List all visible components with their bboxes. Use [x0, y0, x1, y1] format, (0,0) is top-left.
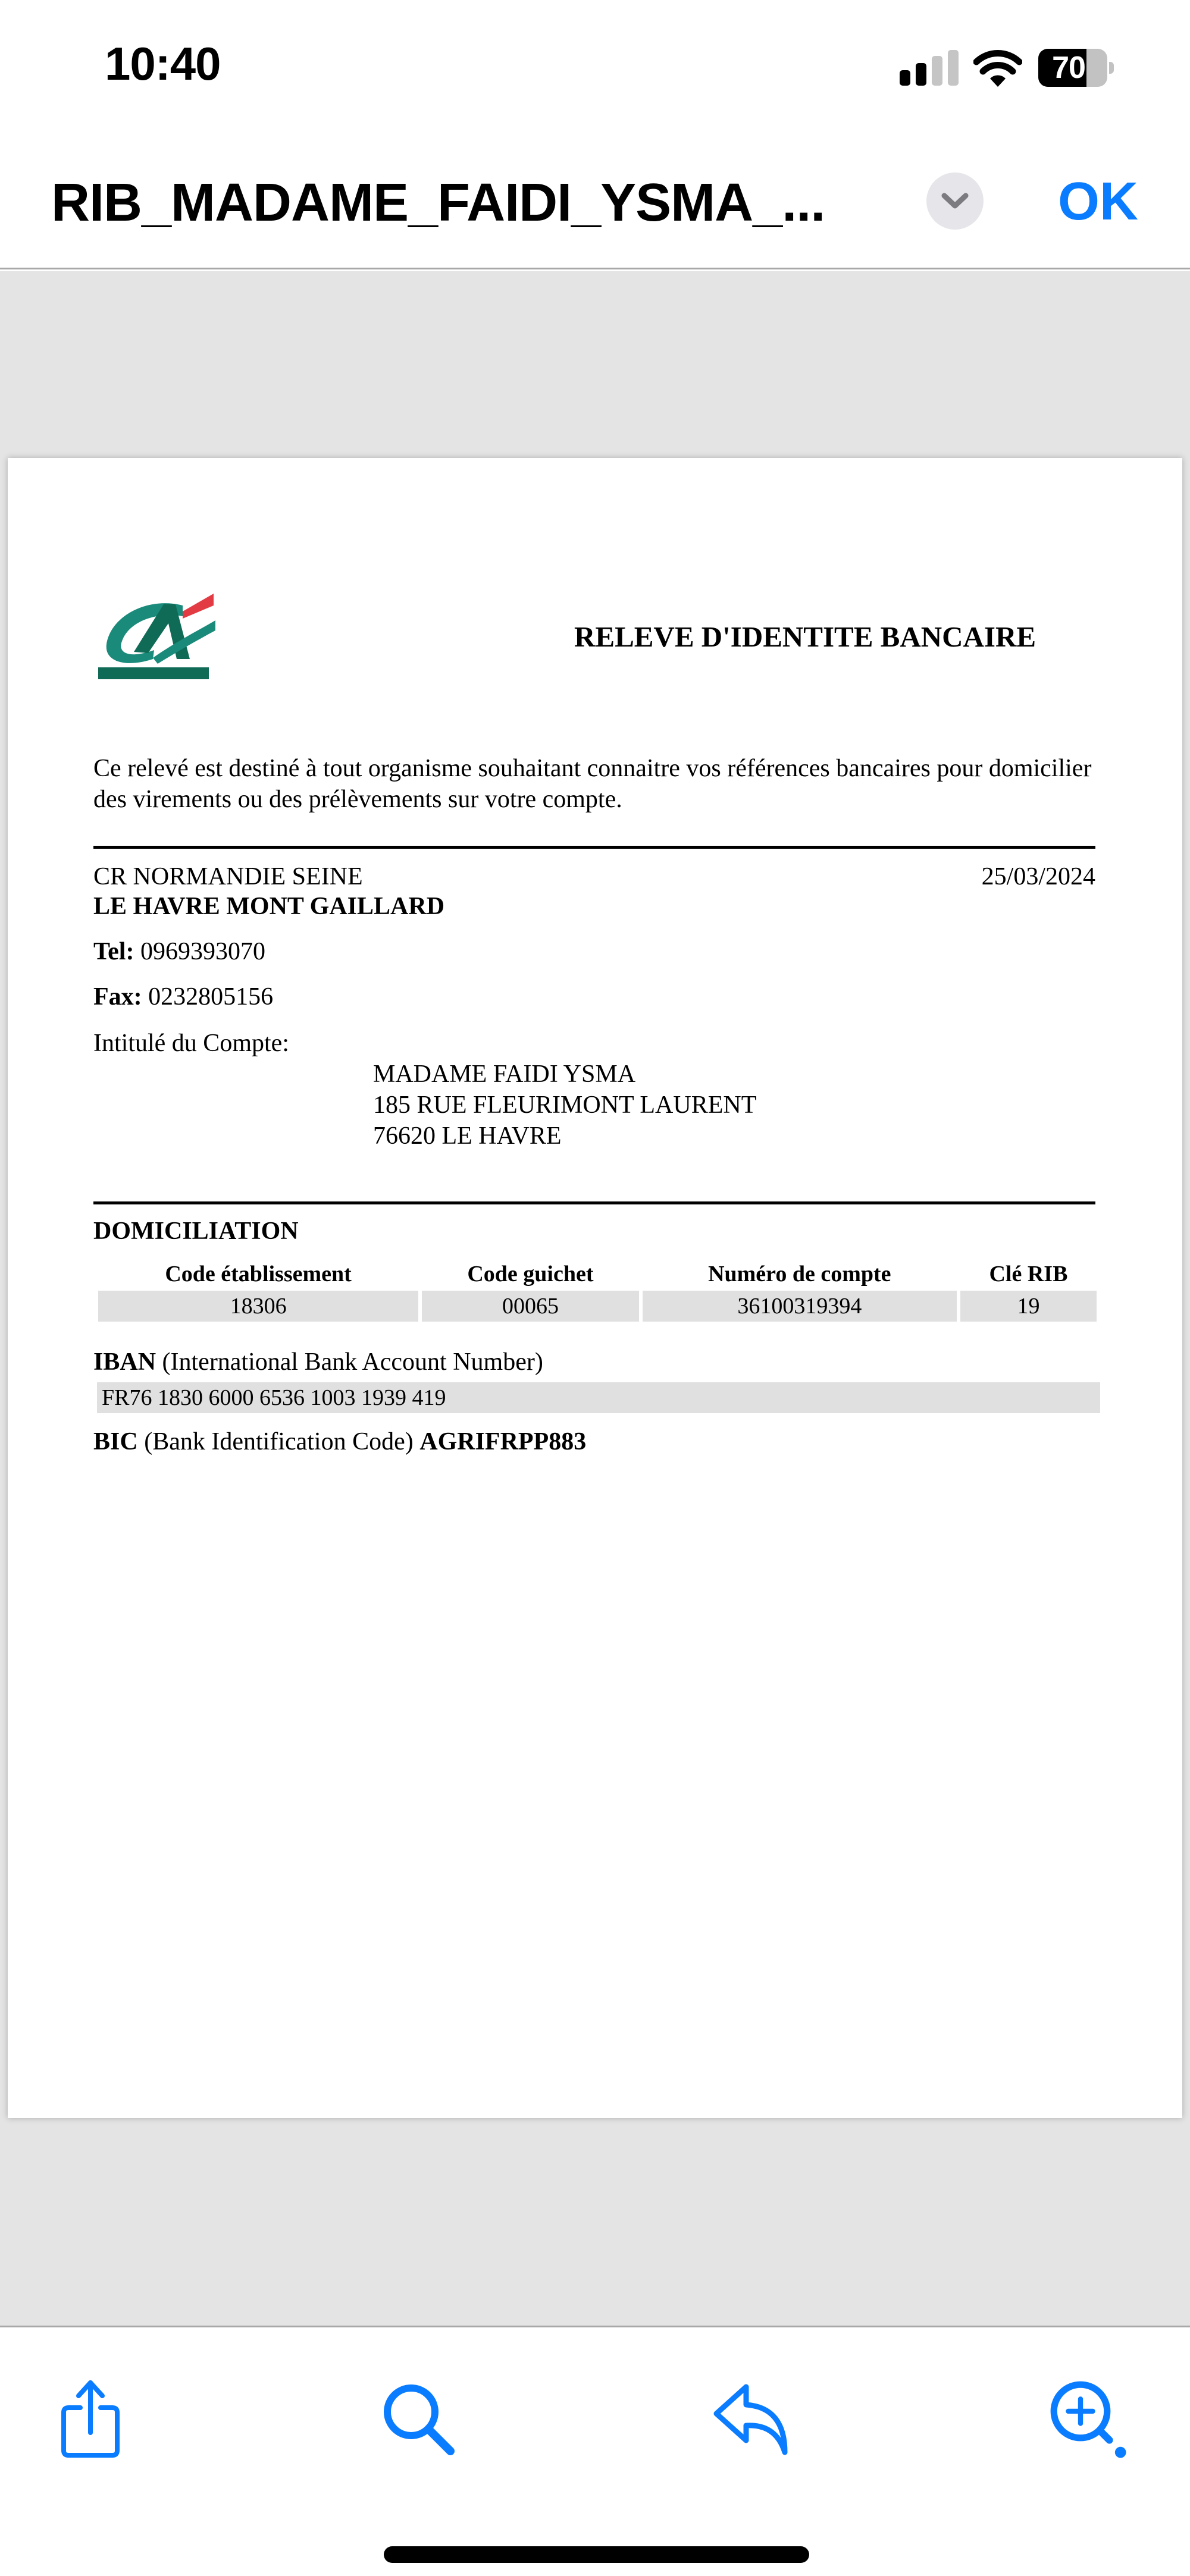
credit-agricole-logo: [93, 594, 218, 683]
bank-tel: Tel: 0969393070: [93, 937, 265, 966]
zoom-in-markup-icon: [1047, 2375, 1130, 2464]
home-indicator[interactable]: [384, 2546, 809, 2563]
account-holder-label: Intitulé du Compte:: [93, 1029, 289, 1058]
document-viewer[interactable]: RELEVE D'IDENTITE BANCAIRE Ce relevé est…: [0, 271, 1190, 2326]
ok-button[interactable]: OK: [1058, 171, 1138, 233]
column-header: Code guichet: [422, 1261, 639, 1291]
column-header: Code établissement: [98, 1261, 418, 1291]
account-holder-address-1: 185 RUE FLEURIMONT LAURENT: [373, 1091, 756, 1119]
battery-level: 70: [1038, 49, 1107, 87]
search-icon: [380, 2381, 458, 2458]
document-header: RIB_MADAME_FAIDI_YSMA_... OK: [0, 137, 1190, 269]
wifi-icon: [973, 48, 1022, 87]
share-button[interactable]: [49, 2375, 132, 2464]
share-icon: [58, 2378, 123, 2461]
rib-table: Code établissement Code guichet Numéro d…: [95, 1261, 1100, 1322]
bank-agence: LE HAVRE MONT GAILLARD: [93, 892, 444, 921]
bic-line: BIC (Bank Identification Code) AGRIFRPP8…: [93, 1427, 586, 1456]
reply-button[interactable]: [710, 2375, 794, 2464]
document-heading: RELEVE D'IDENTITE BANCAIRE: [574, 620, 1036, 654]
code-etablissement: 18306: [98, 1291, 418, 1322]
column-header: Clé RIB: [960, 1261, 1097, 1291]
search-button[interactable]: [377, 2375, 461, 2464]
divider: [93, 1201, 1095, 1204]
reply-icon: [710, 2381, 794, 2458]
iban-value: FR76 1830 6000 6536 1003 1939 419: [97, 1382, 1100, 1413]
document-date: 25/03/2024: [982, 862, 1095, 891]
bic-value: AGRIFRPP883: [419, 1428, 586, 1455]
status-bar: 10:40 70: [0, 0, 1190, 137]
bank-fax: Fax: 0232805156: [93, 983, 273, 1011]
bottom-toolbar: [0, 2326, 1190, 2576]
tel-value: 0969393070: [140, 938, 265, 965]
account-holder-name: MADAME FAIDI YSMA: [373, 1060, 635, 1088]
intro-text: Ce relevé est destiné à tout organisme s…: [93, 753, 1105, 815]
pdf-page: RELEVE D'IDENTITE BANCAIRE Ce relevé est…: [8, 458, 1182, 2118]
code-guichet: 00065: [422, 1291, 639, 1322]
battery-icon: 70: [1038, 49, 1110, 87]
title-menu-button[interactable]: [926, 172, 984, 230]
divider: [93, 846, 1095, 849]
markup-button[interactable]: [1047, 2375, 1130, 2464]
table-row: 18306 00065 36100319394 19: [98, 1291, 1097, 1322]
status-time: 10:40: [105, 37, 221, 91]
signal-icon: [900, 50, 959, 86]
column-header: Numéro de compte: [643, 1261, 957, 1291]
fax-value: 0232805156: [148, 983, 273, 1011]
document-title[interactable]: RIB_MADAME_FAIDI_YSMA_...: [51, 172, 825, 234]
bank-caisse: CR NORMANDIE SEINE: [93, 862, 363, 891]
chevron-down-icon: [941, 192, 969, 210]
account-holder-address-2: 76620 LE HAVRE: [373, 1122, 562, 1150]
iban-label: IBAN (International Bank Account Number): [93, 1348, 543, 1376]
numero-de-compte: 36100319394: [643, 1291, 957, 1322]
cle-rib: 19: [960, 1291, 1097, 1322]
domiciliation-heading: DOMICILIATION: [93, 1217, 299, 1245]
